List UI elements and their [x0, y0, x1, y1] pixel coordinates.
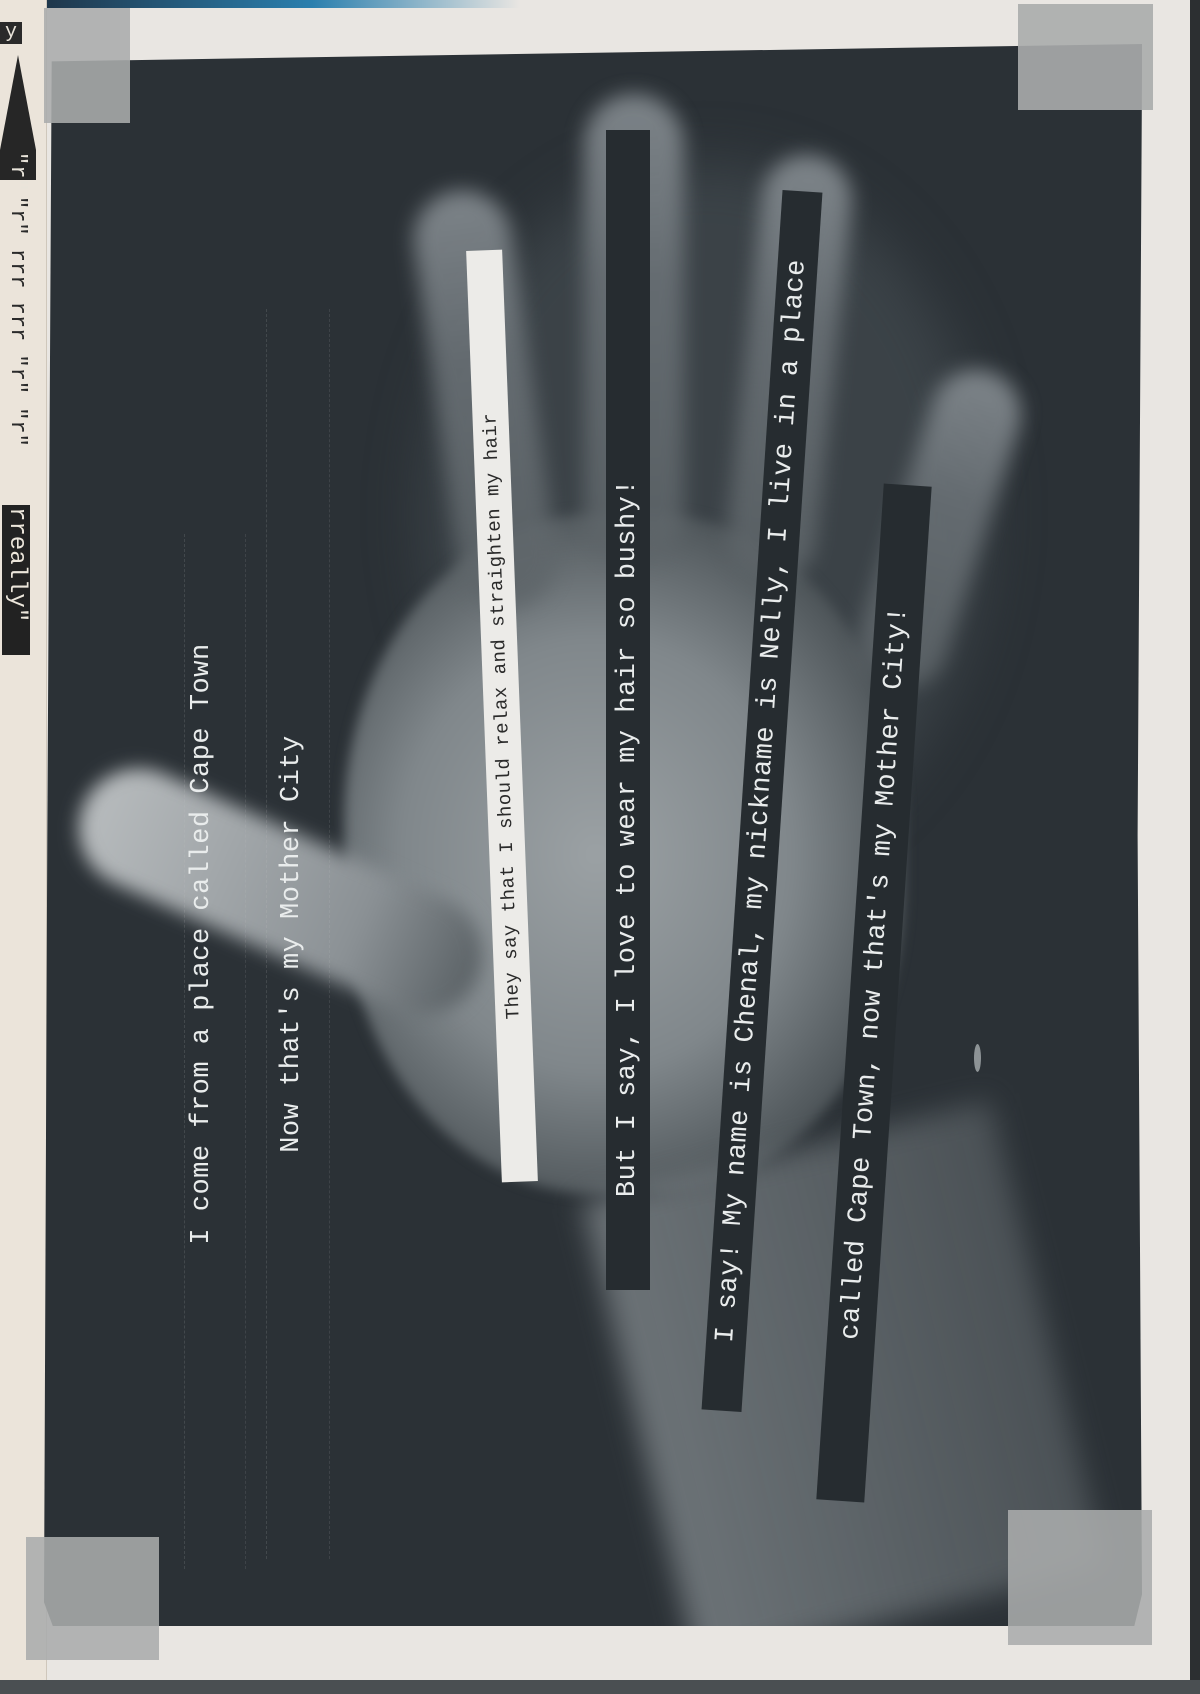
text-strip-4: But I say, I love to wear my hair so bus… — [606, 130, 650, 1290]
scan-edge-right — [1190, 0, 1200, 1694]
scan-edge-bottom — [0, 1680, 1200, 1694]
tape-top-left — [44, 8, 130, 123]
photocopy-panel: I come from a place called Cape Town Now… — [44, 44, 1142, 1626]
scan-edge-top — [0, 0, 520, 8]
spine-label: rreally" — [3, 507, 30, 622]
text-strip-1: I come from a place called Cape Town — [182, 604, 222, 1284]
tape-top-right — [1018, 4, 1153, 110]
spine-mark: "r" — [5, 152, 30, 192]
spine-label-box: rreally" — [2, 505, 30, 655]
strip-text: Now that's my Mother City — [277, 735, 307, 1153]
strip-text: But I say, I love to wear my hair so bus… — [613, 478, 643, 1196]
spine-marks: "r" rrr rrr "r" "r" — [5, 196, 30, 447]
spine-triangle-shape — [0, 55, 36, 150]
spine-letter: y — [0, 22, 22, 44]
text-strip-2: Now that's my Mother City — [272, 684, 312, 1204]
facing-page-spine: y "r" "r" rrr rrr "r" "r" rreally" — [0, 0, 47, 1694]
tape-bottom-right — [1008, 1510, 1152, 1645]
tape-bottom-left — [26, 1537, 159, 1660]
strip-text: I come from a place called Cape Town — [187, 643, 217, 1244]
